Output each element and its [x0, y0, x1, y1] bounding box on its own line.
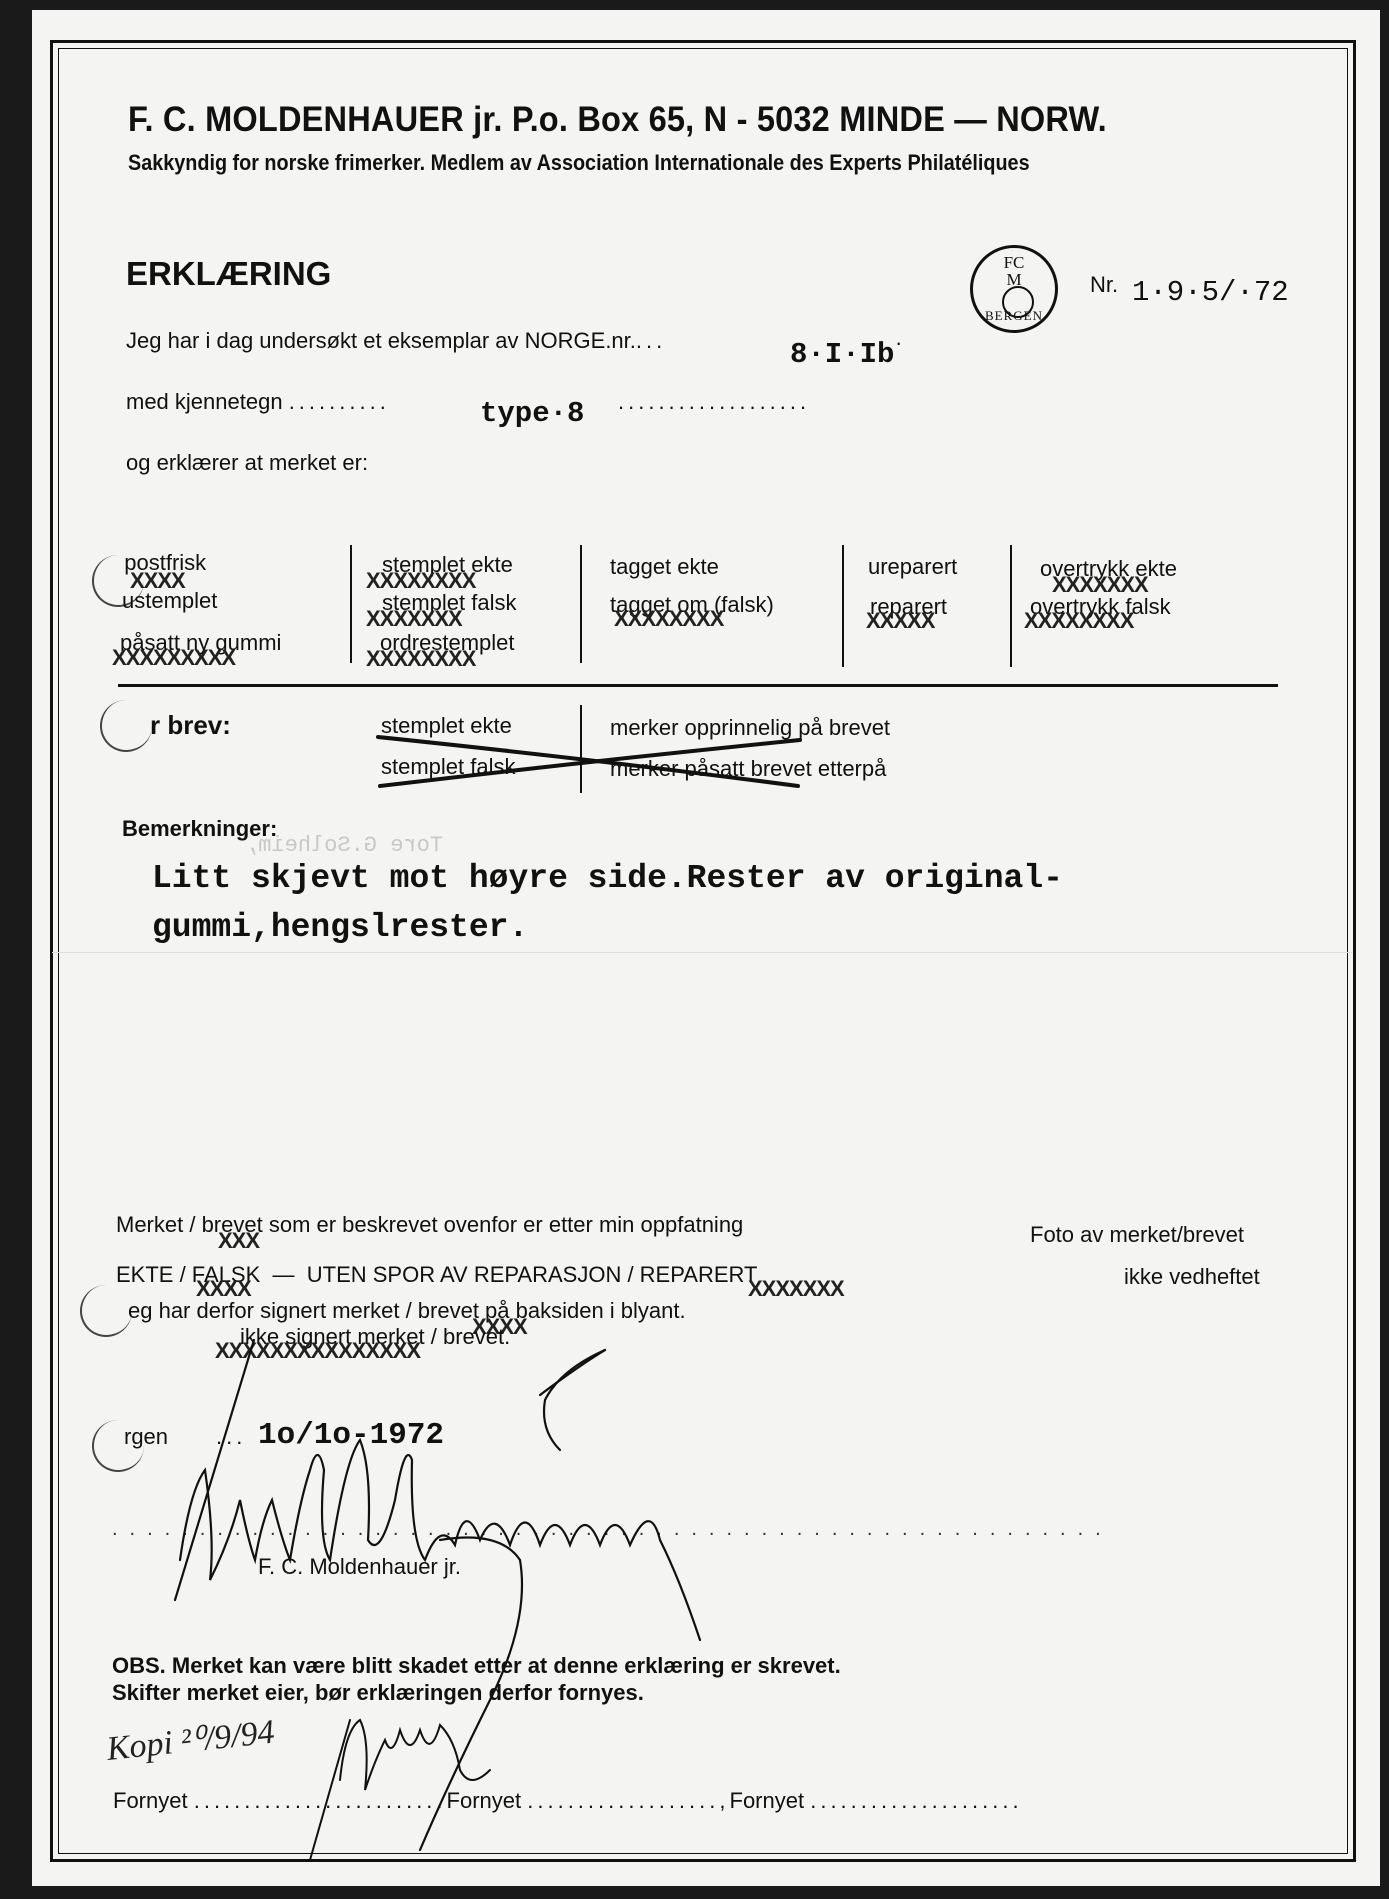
handwriting-layer: Kopi ²⁰/9/94: [0, 0, 1389, 1899]
handwritten-copy-note: Kopi ²⁰/9/94: [104, 1714, 276, 1768]
signature-strokes: [175, 1340, 700, 1850]
renewal-signature-strokes: [310, 1720, 490, 1860]
letter-section-cross-strokes: [378, 737, 800, 786]
